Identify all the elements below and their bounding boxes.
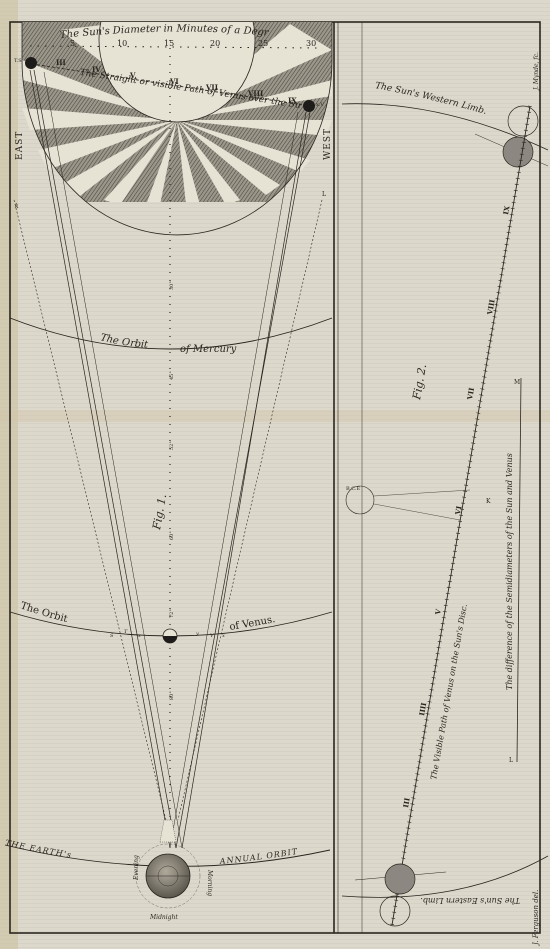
- svg-text:VII: VII: [205, 83, 218, 92]
- venus-disc-bottom: [385, 864, 415, 894]
- svg-text:x: x: [138, 633, 141, 639]
- paper-fold: [0, 410, 550, 422]
- svg-text:25: 25: [258, 39, 268, 48]
- svg-text:52°: 52°: [169, 441, 175, 450]
- svg-text:of Mercury: of Mercury: [180, 344, 237, 355]
- svg-text:Morning: Morning: [206, 869, 213, 896]
- svg-text:y: y: [195, 631, 199, 637]
- svg-text:L: L: [509, 757, 513, 764]
- artist-credit: J. Ferguson del.: [532, 890, 540, 947]
- svg-text:VI: VI: [453, 505, 464, 516]
- svg-text:IV: IV: [92, 65, 101, 74]
- svg-text:15: 15: [164, 39, 174, 48]
- label-east: EAST: [15, 131, 25, 160]
- svg-text:VIII: VIII: [247, 89, 263, 98]
- svg-text:B.C.E: B.C.E: [346, 486, 361, 492]
- venus-disc-top: [503, 137, 533, 167]
- svg-text:5: 5: [70, 39, 75, 48]
- svg-text:30: 30: [306, 39, 316, 48]
- eastern-limb-label: The Sun's Eastern Limb.: [420, 896, 520, 905]
- svg-text:45°: 45°: [169, 371, 175, 380]
- svg-text:10: 10: [117, 39, 127, 48]
- svg-text:x.V: x.V: [316, 102, 324, 108]
- engraver-credit: J. Mynde, fc.: [533, 52, 540, 92]
- svg-text:Evening: Evening: [133, 855, 140, 881]
- svg-text:T.S: T.S: [14, 58, 22, 64]
- svg-text:60°: 60°: [169, 531, 175, 540]
- difference-label: The difference of the Semidiameters of t…: [505, 453, 514, 690]
- label-west: WEST: [323, 128, 333, 160]
- svg-text:III: III: [401, 797, 412, 808]
- venus-egress-dot: [303, 100, 315, 112]
- svg-text:20: 20: [210, 39, 220, 48]
- svg-text:V: V: [129, 71, 136, 80]
- svg-text:III: III: [56, 58, 66, 67]
- venus-planet-icon: [163, 629, 177, 643]
- svg-text:L: L: [322, 191, 326, 198]
- venus-ingress-dot: [25, 57, 37, 69]
- svg-text:x: x: [222, 633, 225, 639]
- astronomical-plate: The Sun's Diameter in Minutes of a Degre…: [0, 0, 550, 949]
- svg-text:k: k: [15, 203, 19, 210]
- svg-text:K: K: [486, 498, 491, 505]
- svg-text:72°: 72°: [169, 609, 175, 618]
- svg-text:Midnight: Midnight: [149, 914, 178, 921]
- svg-text:S: S: [110, 633, 114, 639]
- svg-text:M: M: [514, 379, 520, 386]
- svg-text:30°: 30°: [169, 281, 175, 290]
- svg-text:VI: VI: [169, 77, 179, 86]
- svg-text:IX: IX: [288, 96, 297, 105]
- svg-text:80°: 80°: [169, 691, 175, 700]
